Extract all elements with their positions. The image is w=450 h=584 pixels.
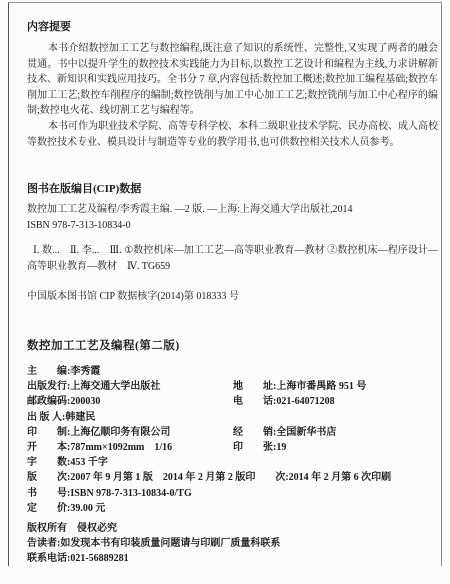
colophon-left: 书 号:ISBN 978-7-313-10834-0/TG (27, 486, 233, 501)
colophon-left: 版 次:2007 年 9 月第 1 版 2014 年 2 月第 2 版 (27, 470, 245, 485)
colophon-row-editor: 主 编:李秀霞 (27, 364, 440, 379)
copyright-notice-section: 版权所有 侵权必究 告读者:如发现本书有印装质量问题请与印刷厂质量科联系 联系电… (27, 521, 280, 567)
reader-notice-line: 告读者:如发现本书有印装质量问题请与印刷厂质量科联系 (27, 536, 280, 551)
colophon-row-price: 定 价:39.00 元 (27, 501, 440, 516)
colophon-row-edition: 版 次:2007 年 9 月第 1 版 2014 年 2 月第 2 版 印 次:… (27, 470, 440, 485)
colophon-left: 出版发行:上海交通大学出版社 (27, 379, 233, 394)
colophon-right: 地 址:上海市番禺路 951 号 (233, 379, 366, 394)
colophon-row-printer: 印 制:上海亿顺印务有限公司 经 销:全国新华书店 (27, 425, 440, 440)
colophon-right: 印 张:19 (233, 440, 286, 455)
cip-classification: Ⅰ. 数... Ⅱ. 李... Ⅲ. ①数控机床—加工工艺—高等职业教育—教材 … (27, 243, 438, 275)
content-summary-section: 内容提要 本书介绍数控加工工艺与数控编程,既注意了知识的系统性、完整性,又实现了… (27, 18, 438, 150)
colophon-left: 定 价:39.00 元 (27, 501, 233, 516)
colophon-left: 主 编:李秀霞 (27, 364, 233, 379)
publication-info-section: 主 编:李秀霞 出版发行:上海交通大学出版社 地 址:上海市番禺路 951 号 … (27, 364, 440, 516)
colophon-left: 出 版 人:韩建民 (27, 410, 233, 425)
colophon-row-publisher: 出版发行:上海交通大学出版社 地 址:上海市番禺路 951 号 (27, 379, 440, 394)
summary-paragraph-2: 本书可作为职业技术学院、高等专科学校、本科二级职业技术学院、民办高校、成人高校等… (27, 119, 438, 150)
contact-phone-line: 联系电话:021-56889281 (27, 551, 280, 566)
colophon-right: 电 话:021-64071208 (233, 394, 335, 409)
colophon-row-format: 开 本:787mm×1092mm 1/16 印 张:19 (27, 440, 440, 455)
colophon-right: 经 销:全国新华书店 (233, 425, 336, 440)
colophon-left: 开 本:787mm×1092mm 1/16 (27, 440, 233, 455)
colophon-left: 字 数:453 千字 (27, 455, 233, 470)
book-copyright-page: 内容提要 本书介绍数控加工工艺与数控编程,既注意了知识的系统性、完整性,又实现了… (0, 0, 450, 584)
summary-heading: 内容提要 (27, 18, 438, 34)
colophon-row-wordcount: 字 数:453 千字 (27, 455, 440, 470)
summary-paragraph-1: 本书介绍数控加工工艺与数控编程,既注意了知识的系统性、完整性,又实现了两者的融会… (27, 41, 438, 119)
cip-isbn: ISBN 978-7-313-10834-0 (27, 218, 438, 234)
colophon-row-booknumber: 书 号:ISBN 978-7-313-10834-0/TG (27, 486, 440, 501)
cip-data-section: 图书在版编目(CIP)数据 数控加工工艺及编程/李秀霞主编. —2 版. —上海… (27, 180, 438, 302)
copyright-reserved-line: 版权所有 侵权必究 (27, 521, 280, 536)
colophon-left: 印 制:上海亿顺印务有限公司 (27, 425, 233, 440)
cip-record-number: 中国版本图书馆 CIP 数据核字(2014)第 018333 号 (27, 287, 438, 302)
book-title: 数控加工工艺及编程(第二版) (27, 337, 180, 353)
colophon-row-publisher-person: 出 版 人:韩建民 (27, 410, 440, 425)
colophon-row-postcode: 邮政编码:200030 电 话:021-64071208 (27, 394, 440, 409)
cip-catalog-entry: 数控加工工艺及编程/李秀霞主编. —2 版. —上海:上海交通大学出版社,201… (27, 202, 438, 218)
colophon-right: 印 次:2014 年 2 月第 6 次印刷 (245, 470, 391, 485)
cip-heading: 图书在版编目(CIP)数据 (27, 180, 438, 196)
colophon-left: 邮政编码:200030 (27, 394, 233, 409)
